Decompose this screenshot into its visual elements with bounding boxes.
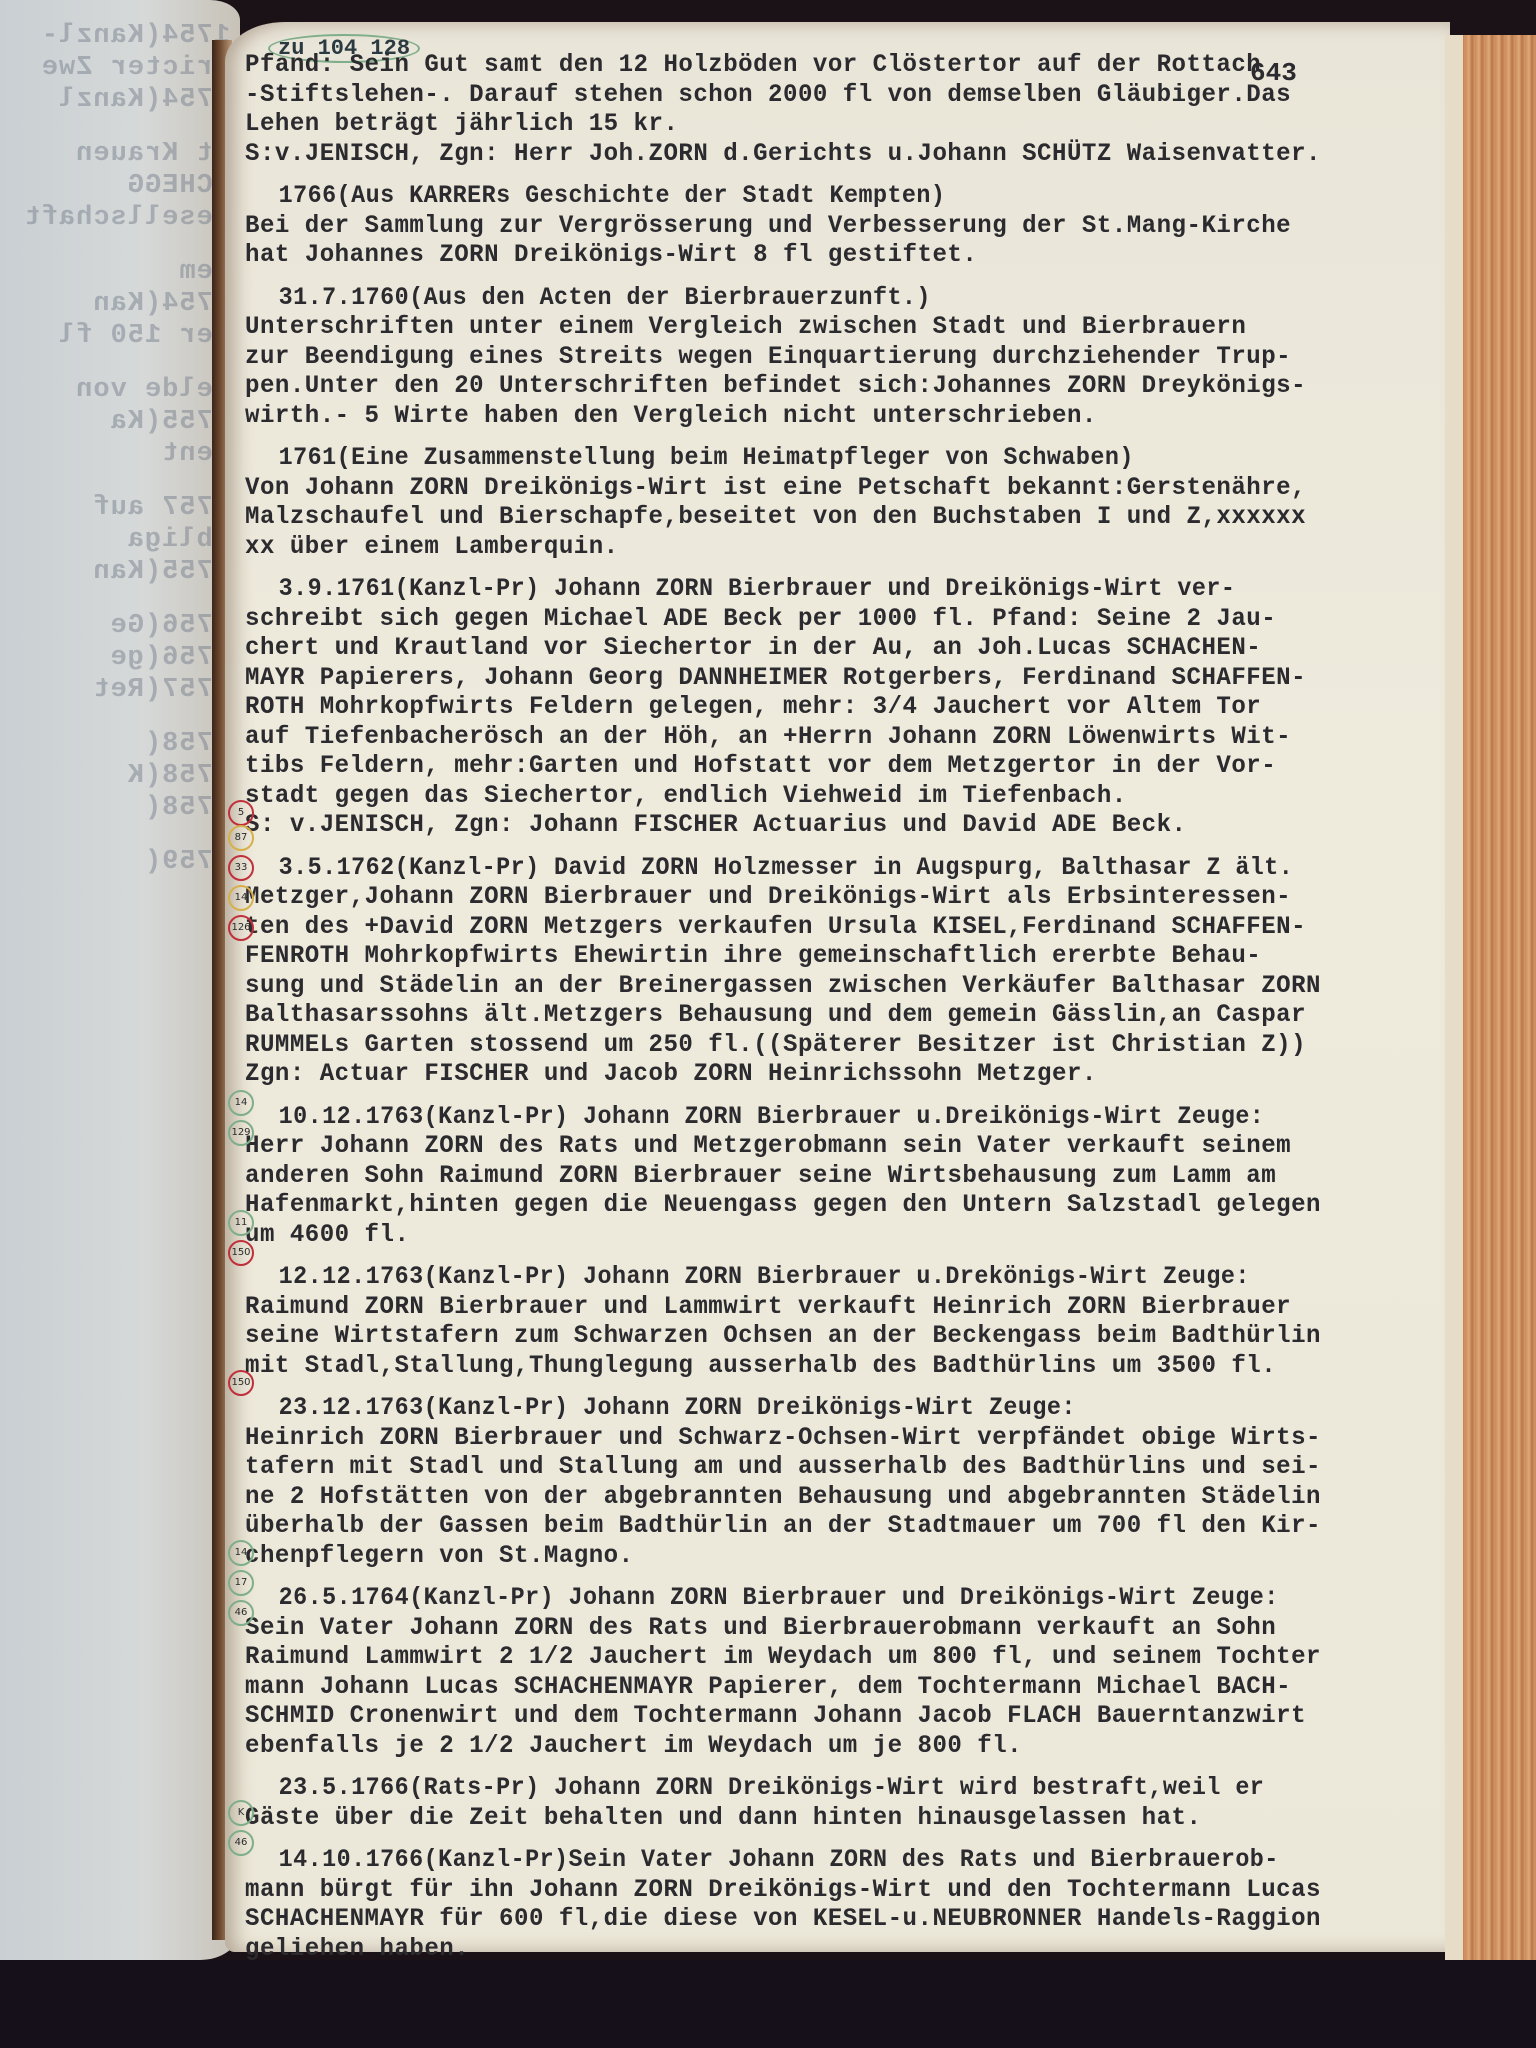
document-entry: 26.5.1764(Kanzl-Pr) Johann ZORN Bierbrau… [245,1583,1485,1760]
entry-line: ne 2 Hofstätten von der abgebrannten Beh… [245,1482,1440,1512]
entry-line: Bei der Sammlung zur Vergrösserung und V… [245,211,1440,241]
entry-line: geliehen haben. [245,1934,1440,1964]
document-entry: Pfand: Sein Gut samt den 12 Holzböden vo… [245,50,1485,168]
margin-circle-mark: 87 [228,825,254,851]
entry-line: 23.5.1766(Rats-Pr) Johann ZORN Dreikönig… [245,1773,1404,1803]
ghost-line: 1758(K [10,760,230,792]
entry-line: mann bürgt für ihn Johann ZORN Dreikönig… [245,1875,1440,1905]
ghost-line: 1756(ge [10,642,230,674]
ghost-line: SCHEGG [10,170,230,202]
entry-line: SCHMID Cronenwirt und dem Tochtermann Jo… [245,1701,1440,1731]
entry-line: hat Johannes ZORN Dreikönigs-Wirt 8 fl g… [245,240,1440,270]
table-surface [0,1960,1536,2048]
ghost-line: et Krauen [10,138,230,170]
ghost-line: 1759( [10,846,230,878]
margin-circle-mark: 14 [228,1540,254,1566]
ghost-line: 1754(Kanzl [10,84,230,116]
ghost-line: 1756(Ge [10,610,230,642]
entry-line: 3.5.1762(Kanzl-Pr) David ZORN Holzmesser… [245,853,1404,883]
ghost-line: Gesellschaft [10,202,230,234]
entry-line: sung und Städelin an der Breinergassen z… [245,971,1440,1001]
entry-line: ten des +David ZORN Metzgers verkaufen U… [245,912,1440,942]
ghost-line: Obliga [10,524,230,556]
entry-line: xx über einem Lamberquin. [245,532,1440,562]
ghost-line: Lem [10,256,230,288]
entry-line: -Stiftslehen-. Darauf stehen schon 2000 … [245,80,1440,110]
document-entry: 23.12.1763(Kanzl-Pr) Johann ZORN Dreikön… [245,1393,1485,1570]
entry-line: Raimund Lammwirt 2 1/2 Jauchert im Weyda… [245,1642,1440,1672]
entry-line: anderen Sohn Raimund ZORN Bierbrauer sei… [245,1161,1440,1191]
entry-line: auf Tiefenbacherösch an der Höh, an +Her… [245,722,1440,752]
entry-line: FENROTH Mohrkopfwirts Ehewirtin ihre gem… [245,941,1440,971]
ghost-line: 1755(Ka [10,406,230,438]
margin-annotations-1766: K 46 [228,1800,258,1860]
entry-line: 14.10.1766(Kanzl-Pr)Sein Vater Johann ZO… [245,1845,1404,1875]
facing-page: 1754(Kanzl-Tricter Zwe1754(Kanzlet Kraue… [0,0,240,1960]
ghost-line: per 150 fl [10,320,230,352]
entry-line: Lehen beträgt jährlich 15 kr. [245,109,1440,139]
entry-line: stadt gegen das Siechertor, endlich Vieh… [245,781,1440,811]
entry-line: S: v.JENISCH, Zgn: Johann FISCHER Actuar… [245,810,1440,840]
entry-line: chert und Krautland vor Siechertor in de… [245,633,1440,663]
document-entry: 23.5.1766(Rats-Pr) Johann ZORN Dreikönig… [245,1773,1485,1832]
margin-annotations-1764: 14 17 46 [228,1540,258,1630]
entry-line: 1766(Aus KARRERs Geschichte der Stadt Ke… [245,181,1404,211]
ghost-line: 1757(Ret [10,674,230,706]
document-entry: 10.12.1763(Kanzl-Pr) Johann ZORN Bierbra… [245,1102,1485,1250]
margin-circle-mark: 46 [228,1830,254,1856]
margin-circle-mark: 14 [228,1090,254,1116]
document-entry: 12.12.1763(Kanzl-Pr) Johann ZORN Bierbra… [245,1262,1485,1380]
ghost-line: 1758( [10,792,230,824]
document-entry: 3.9.1761(Kanzl-Pr) Johann ZORN Bierbraue… [245,574,1485,840]
entry-line: Heinrich ZORN Bierbrauer und Schwarz-Och… [245,1423,1440,1453]
entry-line: mit Stadl,Stallung,Thunglegung ausserhal… [245,1351,1440,1381]
entry-line: ebenfalls je 2 1/2 Jauchert im Weydach u… [245,1731,1440,1761]
document-entry: 3.5.1762(Kanzl-Pr) David ZORN Holzmesser… [245,853,1485,1089]
entry-line: 26.5.1764(Kanzl-Pr) Johann ZORN Bierbrau… [245,1583,1404,1613]
entry-line: 31.7.1760(Aus den Acten der Bierbrauerzu… [245,283,1404,313]
ghost-line: 1758( [10,728,230,760]
entry-line: 3.9.1761(Kanzl-Pr) Johann ZORN Bierbraue… [245,574,1404,604]
margin-annotations-1763-dec10: 14 129 [228,1090,258,1150]
ghost-line: 1754(Kanzl- [10,20,230,52]
entry-line: chenpflegern von St.Magno. [245,1541,1440,1571]
entry-line: Unterschriften unter einem Vergleich zwi… [245,312,1440,342]
entry-line: tibs Feldern, mehr:Garten und Hofstatt v… [245,751,1440,781]
entry-line: S:v.JENISCH, Zgn: Herr Joh.ZORN d.Gerich… [245,139,1440,169]
margin-circle-mark: 5 [228,800,254,826]
margin-circle-mark: 150 [228,1370,254,1396]
entry-line: Balthasarssohns ält.Metzgers Behausung u… [245,1000,1440,1030]
ghost-line: Tricter Zwe [10,52,230,84]
entry-line: um 4600 fl. [245,1220,1440,1250]
margin-circle-mark: 150 [228,1240,254,1266]
entry-line: Metzger,Johann ZORN Bierbrauer und Dreik… [245,882,1440,912]
entry-line: Gäste über die Zeit behalten und dann hi… [245,1803,1440,1833]
margin-annotations-1763-dec12: 11 150 [228,1210,258,1270]
entry-line: 23.12.1763(Kanzl-Pr) Johann ZORN Dreikön… [245,1393,1404,1423]
entry-line: seine Wirtstafern zum Schwarzen Ochsen a… [245,1321,1440,1351]
entry-line: Raimund ZORN Bierbrauer und Lammwirt ver… [245,1292,1440,1322]
document-body: Pfand: Sein Gut samt den 12 Holzböden vo… [245,50,1485,1976]
margin-circle-mark: 17 [228,1570,254,1596]
entry-line: wirth.- 5 Wirte haben den Vergleich nich… [245,401,1440,431]
entry-line: mann Johann Lucas SCHACHENMAYR Papierer,… [245,1672,1440,1702]
document-entry: 1766(Aus KARRERs Geschichte der Stadt Ke… [245,181,1485,270]
entry-line: 1761(Eine Zusammenstellung beim Heimatpf… [245,443,1404,473]
entry-line: pen.Unter den 20 Unterschriften befindet… [245,371,1440,401]
entry-line: MAYR Papierers, Johann Georg DANNHEIMER … [245,663,1440,693]
margin-circle-mark: 46 [228,1600,254,1626]
entry-line: ROTH Mohrkopfwirts Feldern gelegen, mehr… [245,692,1440,722]
entry-line: 10.12.1763(Kanzl-Pr) Johann ZORN Bierbra… [245,1102,1404,1132]
ghost-line: sent [10,438,230,470]
document-entry: 31.7.1760(Aus den Acten der Bierbrauerzu… [245,283,1485,431]
entry-line: 12.12.1763(Kanzl-Pr) Johann ZORN Bierbra… [245,1262,1404,1292]
ghost-line: 1757 auf [10,492,230,524]
entry-line: tafern mit Stadl und Stallung am und aus… [245,1452,1440,1482]
document-entry: 14.10.1766(Kanzl-Pr)Sein Vater Johann ZO… [245,1845,1485,1963]
entry-line: Pfand: Sein Gut samt den 12 Holzböden vo… [245,50,1440,80]
entry-line: Von Johann ZORN Dreikönigs-Wirt ist eine… [245,473,1440,503]
document-entry: 1761(Eine Zusammenstellung beim Heimatpf… [245,443,1485,561]
entry-line: Hafenmarkt,hinten gegen die Neuengass ge… [245,1190,1440,1220]
ghost-line: 1755(Kan [10,556,230,588]
entry-line: zur Beendigung eines Streits wegen Einqu… [245,342,1440,372]
entry-line: überhalb der Gassen beim Badthürlin an d… [245,1511,1440,1541]
entry-line: Sein Vater Johann ZORN des Rats und Bier… [245,1613,1440,1643]
margin-circle-mark: 33 [228,855,254,881]
margin-circle-mark: 11 [228,1210,254,1236]
margin-circle-mark: 129 [228,1120,254,1146]
entry-line: Malzschaufel und Bierschapfe,beseitet vo… [245,502,1440,532]
ghost-line: 1754(Kan [10,288,230,320]
entry-line: Zgn: Actuar FISCHER und Jacob ZORN Heinr… [245,1059,1440,1089]
ghost-line: Felde von [10,374,230,406]
entry-line: Herr Johann ZORN des Rats und Metzgerobm… [245,1131,1440,1161]
entry-line: schreibt sich gegen Michael ADE Beck per… [245,604,1440,634]
entry-line: SCHACHENMAYR für 600 fl,die diese von KE… [245,1904,1440,1934]
margin-annotations-1762: 87 33 14 126 [228,825,258,945]
entry-line: RUMMELs Garten stossend um 250 fl.((Spät… [245,1030,1440,1060]
margin-circle-mark: 126 [228,915,254,941]
margin-circle-mark: 14 [228,885,254,911]
margin-annotations-1763-dec23: 150 [228,1370,258,1400]
facing-page-bleed-text: 1754(Kanzl-Tricter Zwe1754(Kanzlet Kraue… [10,20,230,878]
margin-circle-mark: K [228,1800,254,1826]
